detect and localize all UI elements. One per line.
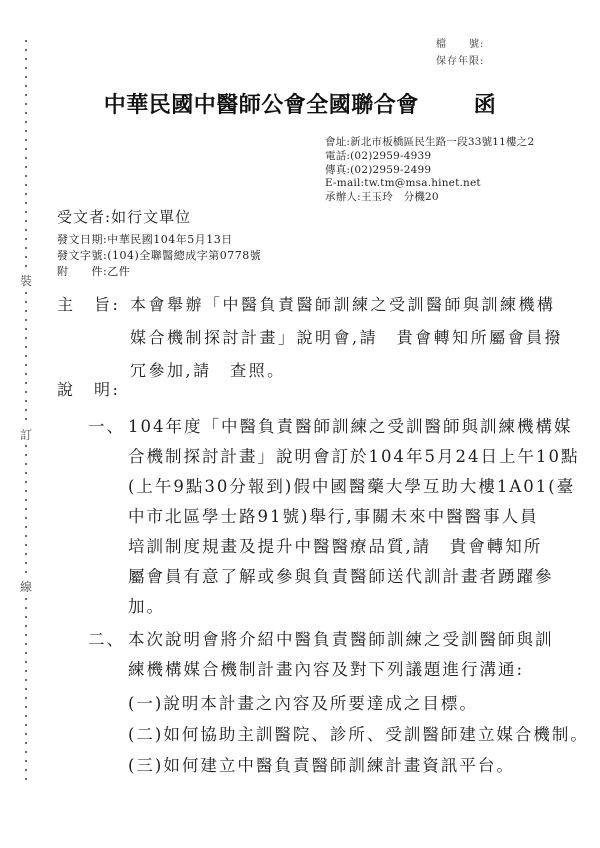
text-line: 加。: [128, 592, 589, 622]
text-line: 媒合機制探討計畫」說明會,請 貴會轉知所屬會員撥: [130, 321, 563, 354]
file-header: 檔 號: 保存年限:: [436, 36, 484, 70]
text-line: 屬會員有意了解或參與負責醫師送代訓計畫者踴躍參: [128, 562, 589, 592]
description-section: 一、 104年度「中醫負責醫師訓練之受訓醫師與訓練機構媒合機制探討計畫」說明會訂…: [88, 412, 589, 781]
text-line: E-mail:tw.tm@msa.hinet.net: [325, 177, 534, 191]
file-number-label: 檔 號:: [436, 36, 484, 53]
text-line: 電話:(02)2959-4939: [325, 150, 534, 164]
description-item-1: 一、 104年度「中醫負責醫師訓練之受訓醫師與訓練機構媒合機制探討計畫」說明會訂…: [88, 412, 589, 622]
item-number: 二、: [88, 625, 125, 655]
text-line: (二)如何協助主訓醫院、診所、受訓醫師建立媒合機制。: [128, 719, 589, 750]
retention-period-label: 保存年限:: [436, 53, 484, 70]
text-line: 發文字號:(104)全聯醫總成字第0778號: [57, 248, 261, 264]
document-page: 裝 訂 線 檔 號: 保存年限: 中華民國中醫師公會全國聯合會 函 會址:新北市…: [0, 0, 600, 848]
recipient-value: 如行文單位: [111, 208, 191, 226]
item-lines: 本次說明會將介紹中醫負責醫師訓練之受訓醫師與訓練機構媒合機制計畫內容及對下列議題…: [128, 625, 589, 685]
subject-section: 主 旨: 本會舉辦「中醫負責醫師訓練之受訓醫師與訓練機構媒合機制探討計畫」說明會…: [57, 288, 563, 387]
document-title: 中華民國中醫師公會全國聯合會 函: [0, 88, 600, 119]
item-lines: 104年度「中醫負責醫師訓練之受訓醫師與訓練機構媒合機制探討計畫」說明會訂於10…: [128, 412, 589, 622]
issue-meta-block: 發文日期:中華民國104年5月13日發文字號:(104)全聯醫總成字第0778號…: [57, 232, 261, 280]
description-item-2: 二、 本次說明會將介紹中醫負責醫師訓練之受訓醫師與訓練機構媒合機制計畫內容及對下…: [88, 625, 589, 685]
item-number: 一、: [88, 412, 125, 442]
text-line: 承辦人:王玉玲 分機20: [325, 191, 534, 205]
text-line: 傳真:(02)2959-2499: [325, 164, 534, 178]
binding-char-zhuang: 裝: [19, 271, 33, 291]
text-line: 中市北區學士路91號)舉行,事關未來中醫醫事人員: [128, 502, 589, 532]
binding-char-xian: 線: [19, 577, 33, 597]
text-line: (一)說明本計畫之內容及所要達成之目標。: [128, 688, 589, 719]
binding-char-ding: 訂: [19, 425, 33, 445]
document-type: 函: [474, 88, 497, 119]
subject-label: 主 旨:: [57, 288, 120, 321]
recipient-line: 受文者:如行文單位: [57, 206, 191, 227]
text-line: 練機構媒合機制計畫內容及對下列議題進行溝通:: [128, 655, 589, 685]
description-sub-items: (一)說明本計畫之內容及所要達成之目標。(二)如何協助主訓醫院、診所、受訓醫師建…: [128, 688, 589, 781]
text-line: (三)如何建立中醫負責醫師訓練計畫資訊平台。: [128, 750, 589, 781]
text-line: 會址:新北市板橋區民生路一段33號11樓之2: [325, 136, 534, 150]
text-line: 發文日期:中華民國104年5月13日: [57, 232, 261, 248]
text-line: 合機制探討計畫」說明會訂於104年5月24日上午10點: [128, 442, 589, 472]
contact-info-block: 會址:新北市板橋區民生路一段33號11樓之2電話:(02)2959-4939傳真…: [325, 136, 534, 205]
organization-name: 中華民國中醫師公會全國聯合會: [104, 88, 419, 119]
text-line: 附 件:乙件: [57, 264, 261, 280]
description-label: 說 明:: [57, 377, 120, 400]
binding-dotted-line: [25, 40, 27, 780]
recipient-label: 受文者:: [57, 208, 111, 226]
subject-lines: 本會舉辦「中醫負責醫師訓練之受訓醫師與訓練機構媒合機制探討計畫」說明會,請 貴會…: [130, 288, 563, 387]
text-line: (上午9點30分報到)假中國醫藥大學互助大樓1A01(臺: [128, 472, 589, 502]
text-line: 本次說明會將介紹中醫負責醫師訓練之受訓醫師與訓: [128, 625, 589, 655]
text-line: 培訓制度規畫及提升中醫醫療品質,請 貴會轉知所: [128, 532, 589, 562]
text-line: 冗參加,請 查照。: [130, 354, 563, 387]
text-line: 104年度「中醫負責醫師訓練之受訓醫師與訓練機構媒: [128, 412, 589, 442]
text-line: 本會舉辦「中醫負責醫師訓練之受訓醫師與訓練機構: [130, 288, 563, 321]
